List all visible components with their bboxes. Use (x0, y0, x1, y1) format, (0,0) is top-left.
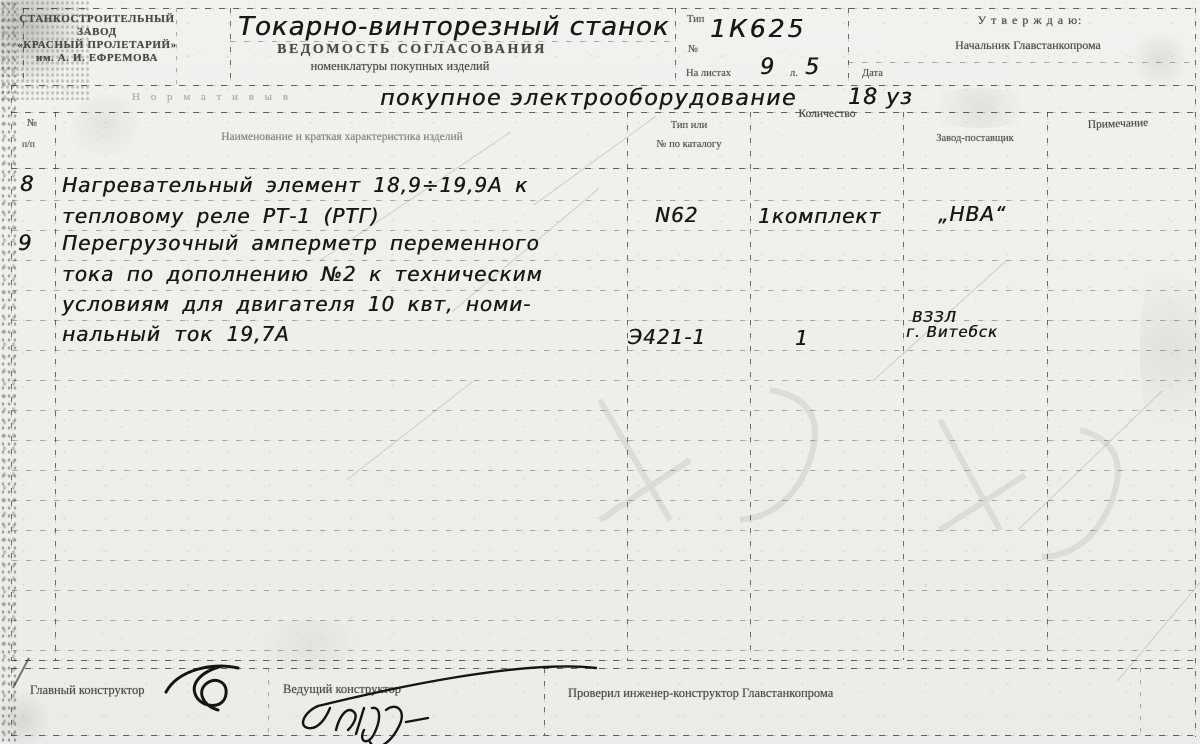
number-label: № (688, 44, 698, 55)
col-type-label-line2: № по каталогу (657, 139, 722, 150)
row9-name-line2: тока по дополнению №2 к техническим (62, 262, 543, 286)
row9-number: 9 (18, 231, 32, 255)
factory-name-line3: «КРАСНЫЙ ПРОЛЕТАРИЙ» (17, 39, 177, 51)
sheets-label: На листах (686, 68, 731, 79)
col-num-label: № (27, 118, 37, 129)
row8-name-line2: тепловому реле РТ-1 (РТГ) (62, 204, 379, 228)
document-title: ВЕДОМОСТЬ СОГЛАСОВАНИЯ (277, 42, 547, 58)
document-subtitle: номенклатуры покупных изделий (311, 59, 490, 74)
col-note-label: Примечание (1088, 117, 1149, 131)
scanned-form-sheet: СТАНКОСТРОИТЕЛЬНЫЙ ЗАВОД «КРАСНЫЙ ПРОЛЕТ… (0, 0, 1200, 744)
pencil-scratch (534, 116, 656, 205)
sheets-value: 9 (760, 55, 775, 80)
sheet-label: л. (790, 68, 798, 79)
row8-supplier: „НВА“ (938, 202, 1006, 226)
col-num-label2: п/п (22, 140, 35, 150)
date-label: Дата (862, 68, 883, 79)
smudge (0, 690, 52, 744)
left-edge-speckle (0, 0, 17, 744)
sheet-value: 5 (805, 55, 820, 80)
approve-label: У т в е р ж д а ю: (978, 13, 1083, 28)
smudge (60, 95, 150, 155)
row8-name-line1: Нагревательный элемент 18,9÷19,9А к (62, 173, 528, 197)
row8-number: 8 (20, 172, 34, 196)
col-name-label: Наименование и краткая характеристика из… (221, 131, 463, 143)
approver-title: Начальник Главстанкопрома (955, 38, 1101, 53)
chief-designer-signature (160, 658, 260, 720)
row9-name-line3: условиям для двигателя 10 квт, номи- (62, 292, 531, 316)
row9-qty: 1 (795, 326, 809, 350)
row9-supplier-line2: г. Витебск (906, 323, 998, 341)
handwritten-title: Токарно-винторезный станок (238, 12, 670, 42)
type-value: 1К625 (710, 14, 806, 43)
factory-name-line1: СТАНКОСТРОИТЕЛЬНЫЙ (19, 13, 174, 25)
col-qty-label: Количество (799, 108, 856, 120)
section-handwritten: покупное электрооборудование (380, 86, 797, 111)
lead-designer-signature (278, 658, 608, 744)
row9-name-line1: Перегрузочный амперметр переменного (62, 231, 540, 255)
smudge (920, 88, 1040, 128)
smudge (1130, 30, 1190, 90)
row9-name-line4: нальный ток 19,7А (62, 322, 290, 346)
row9-type: Э421-1 (628, 325, 706, 349)
section-printed-label: Н о р м а т и в ы в (132, 91, 292, 103)
type-label: Тип (687, 14, 704, 25)
factory-name-line4: им. А. И. ЕФРЕМОВА (36, 52, 158, 64)
watermark-traces (540, 360, 1180, 660)
section-number: 18 уз (848, 85, 913, 110)
pencil-scratch (347, 381, 474, 480)
col-supplier-label: Завод-поставщик (936, 133, 1014, 144)
row8-qty: 1комплект (758, 204, 881, 228)
ink-slash-mark (12, 658, 30, 689)
col-type-label-line1: Тип или (671, 120, 708, 131)
factory-name-line2: ЗАВОД (77, 26, 117, 38)
row8-type: N62 (655, 203, 698, 227)
chief-designer-label: Главный конструктор (30, 683, 144, 698)
